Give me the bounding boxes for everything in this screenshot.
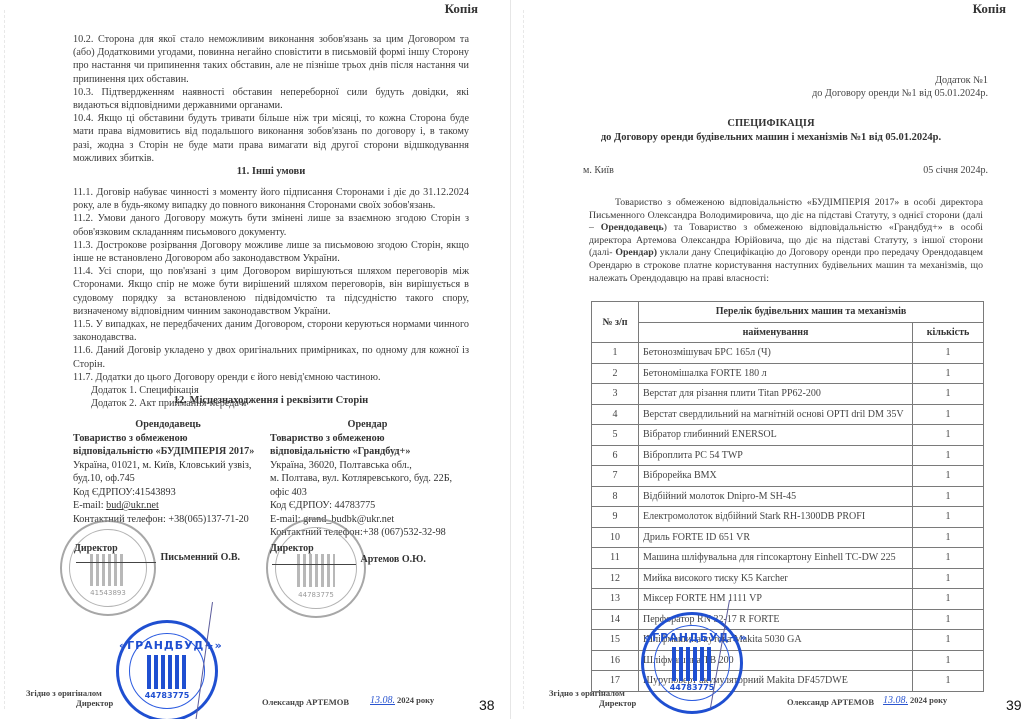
lessor-org-line2: відповідальністю «БУДІМПЕРІЯ 2017»: [73, 445, 263, 459]
page-38: Копія 10.2. Сторона для якої стало немож…: [0, 0, 511, 719]
signature-line: [272, 564, 356, 565]
force-majeure-clauses: 10.2. Сторона для якої стало неможливим …: [73, 33, 469, 165]
footer-director-label: Директор: [76, 698, 113, 708]
table-row: 4Верстат свердлильний на магнітній основ…: [592, 404, 984, 425]
lessee-org-line2: відповідальністю «Грандбуд+»: [270, 445, 465, 459]
lessee-role: Орендар: [270, 418, 465, 432]
page-number: 38: [479, 697, 495, 713]
lessor-details: Орендодавець Товариство з обмеженою відп…: [73, 418, 263, 526]
stamp-name: «ГРАНДБУД+»: [119, 639, 215, 652]
table-row: 12Мийка високого тиску K5 Karcher1: [592, 568, 984, 589]
section-11-title: 11. Інші умови: [73, 166, 469, 177]
row-number: 7: [592, 466, 639, 487]
row-number: 15: [592, 630, 639, 651]
intro-lessor: Орендодавець: [601, 222, 664, 233]
table-row: 5Вібратор глибинний ENERSOL1: [592, 425, 984, 446]
spec-title: СПЕЦИФІКАЦІЯ: [571, 117, 971, 131]
copy-mark: Копія: [445, 1, 478, 17]
other-terms-clauses: 11.1. Договір набуває чинності з моменту…: [73, 186, 469, 410]
footer-director-label: Директор: [599, 698, 636, 708]
lessor-address-1: Україна, 01021, м. Київ, Кловський узвіз…: [73, 459, 263, 473]
table-row: 9Електромолоток відбійний Stark RH-1300D…: [592, 507, 984, 528]
lessee-org-line1: Товариство з обмеженою: [270, 432, 465, 446]
col-no-header: № з/п: [592, 302, 639, 343]
scan-edge: [523, 10, 525, 709]
row-quantity: 1: [913, 425, 984, 446]
row-name: Вібратор глибинний ENERSOL: [639, 425, 913, 446]
city: м. Київ: [583, 165, 614, 176]
row-quantity: 1: [913, 466, 984, 487]
table-row: 10Дриль FORTE ID 651 VR1: [592, 527, 984, 548]
specification-title: СПЕЦИФІКАЦІЯ до Договору оренди будівель…: [571, 117, 971, 145]
clause-11-7: 11.7. Додатки до цього Договору оренди є…: [73, 371, 469, 384]
clause-10-4: 10.4. Якщо ці обставини будуть тривати б…: [73, 112, 469, 165]
clause-11-5: 11.5. У випадках, не передбачених даним …: [73, 318, 469, 344]
table-row: 13Міксер FORTE HM 1111 VP1: [592, 589, 984, 610]
row-number: 8: [592, 486, 639, 507]
row-number: 16: [592, 650, 639, 671]
lessor-email-label: E-mail:: [73, 500, 106, 511]
row-number: 6: [592, 445, 639, 466]
lessee-signature-row: Артемов О.Ю.: [270, 554, 426, 565]
table-row: 11Машина шліфувальна для гіпсокартону Ei…: [592, 548, 984, 569]
row-name: Віброрейка BMX: [639, 466, 913, 487]
spec-date: 05 січня 2024р.: [923, 165, 988, 176]
row-number: 11: [592, 548, 639, 569]
row-number: 13: [592, 589, 639, 610]
row-quantity: 1: [913, 404, 984, 425]
handwritten-date: 13.08.: [883, 695, 908, 706]
signature-line: [76, 562, 156, 563]
row-name: Міксер FORTE HM 1111 VP: [639, 589, 913, 610]
row-name: Бетономішалка FORTE 180 л: [639, 363, 913, 384]
row-quantity: 1: [913, 384, 984, 405]
copy-mark: Копія: [973, 1, 1006, 17]
row-name: Відбійний молоток Dnipro-M SH-45: [639, 486, 913, 507]
footer-signer: Олександр АРТЕМОВ: [262, 697, 349, 707]
row-number: 5: [592, 425, 639, 446]
handwritten-date: 13.08.: [370, 695, 395, 706]
table-row: 14Перфоратор RN 32-17 R FORTE1: [592, 609, 984, 630]
group-header: Перелік будівельних машин та механізмів: [639, 302, 984, 323]
footer-year: 2024 року: [910, 695, 947, 705]
row-quantity: 1: [913, 445, 984, 466]
section-12-title: 12. Місцезнаходження і реквізити Сторін: [73, 395, 469, 406]
clause-11-1: 11.1. Договір набуває чинності з моменту…: [73, 186, 469, 212]
row-name: Верстат свердлильний на магнітній основі…: [639, 404, 913, 425]
lessee-seal-stamp: 44783775: [266, 518, 366, 618]
table-row: 7Віброрейка BMX1: [592, 466, 984, 487]
table-row: 3Верстат для різання плити Titan PP62-20…: [592, 384, 984, 405]
addendum-contract-ref: до Договору оренди №1 від 05.01.2024р.: [812, 87, 988, 100]
stamp-name: «ГРАНДБУД+»: [644, 631, 740, 644]
row-name: Бетонозмішувач БРС 165л (Ч): [639, 343, 913, 364]
footer-date: 13.08.2024 року: [370, 695, 434, 706]
lessor-address-2: буд.10, оф.745: [73, 472, 263, 486]
lessee-address-2: м. Полтава, вул. Котляревського, буд. 22…: [270, 472, 465, 486]
footer-date: 13.08.2024 року: [883, 695, 947, 706]
row-quantity: 1: [913, 507, 984, 528]
clause-11-2: 11.2. Умови даного Договору можуть бути …: [73, 212, 469, 238]
row-number: 12: [592, 568, 639, 589]
certified-label: Згідно з оригіналом: [26, 688, 102, 698]
row-number: 1: [592, 343, 639, 364]
addendum-header: Додаток №1 до Договору оренди №1 від 05.…: [812, 74, 988, 100]
footer-year: 2024 року: [397, 695, 434, 705]
lessor-seal-stamp: 41543893: [60, 520, 156, 616]
clause-11-6: 11.6. Даний Договір укладено у двох ориг…: [73, 344, 469, 370]
row-name: Електромолоток відбійний Stark RH-1300DB…: [639, 507, 913, 528]
stamp-code: 44783775: [119, 691, 215, 700]
table-row: 2Бетономішалка FORTE 180 л1: [592, 363, 984, 384]
row-quantity: 1: [913, 609, 984, 630]
lessor-email-row: E-mail: bud@ukr.net: [73, 499, 263, 513]
row-number: 9: [592, 507, 639, 528]
clause-10-2: 10.2. Сторона для якої стало неможливим …: [73, 33, 469, 86]
stamp-code: 44783775: [644, 683, 740, 692]
row-number: 3: [592, 384, 639, 405]
lessor-director-name: Письменний О.В.: [161, 552, 241, 563]
row-number: 10: [592, 527, 639, 548]
intro-lessee: Орендар): [615, 247, 657, 258]
row-name: Мийка високого тиску K5 Karcher: [639, 568, 913, 589]
row-number: 14: [592, 609, 639, 630]
row-quantity: 1: [913, 343, 984, 364]
stamp-emblem: [672, 647, 712, 681]
lessee-address-1: Україна, 36020, Полтавська обл.,: [270, 459, 465, 473]
certified-label: Згідно з оригіналом: [549, 688, 625, 698]
lessor-email-link[interactable]: bud@ukr.net: [106, 500, 159, 511]
footer-signer: Олександр АРТЕМОВ: [787, 697, 874, 707]
row-quantity: 1: [913, 527, 984, 548]
seal-code: 44783775: [268, 591, 364, 599]
clause-11-4: 11.4. Усі спори, що пов'язані з цим Дого…: [73, 265, 469, 318]
lessee-address-3: офіс 403: [270, 486, 465, 500]
table-row: 6Віброплита PC 54 TWP1: [592, 445, 984, 466]
row-quantity: 1: [913, 671, 984, 692]
clause-11-3: 11.3. Дострокове розірвання Договору мож…: [73, 239, 469, 265]
row-number: 4: [592, 404, 639, 425]
row-quantity: 1: [913, 568, 984, 589]
lessor-role: Орендодавець: [73, 418, 263, 432]
lessee-director-name: Артемов О.Ю.: [361, 554, 426, 565]
col-name-header: найменування: [639, 322, 913, 343]
row-quantity: 1: [913, 589, 984, 610]
page-39: Копія Додаток №1 до Договору оренди №1 в…: [511, 0, 1024, 719]
row-quantity: 1: [913, 548, 984, 569]
lessee-code: Код ЄДРПОУ: 44783775: [270, 499, 465, 513]
row-name: Машина шліфувальна для гіпсокартону Einh…: [639, 548, 913, 569]
row-quantity: 1: [913, 630, 984, 651]
row-quantity: 1: [913, 486, 984, 507]
lessee-director-label: Директор: [270, 543, 314, 554]
addendum-number: Додаток №1: [812, 74, 988, 87]
lessor-code: Код ЄДРПОУ:41543893: [73, 486, 263, 500]
row-name: Дриль FORTE ID 651 VR: [639, 527, 913, 548]
col-qty-header: кількість: [913, 322, 984, 343]
stamp-emblem: [147, 655, 187, 689]
spec-subtitle: до Договору оренди будівельних машин і м…: [571, 131, 971, 145]
table-row: 1Бетонозмішувач БРС 165л (Ч)1: [592, 343, 984, 364]
seal-code: 41543893: [62, 589, 154, 597]
row-number: 2: [592, 363, 639, 384]
table-row: 8Відбійний молоток Dnipro-M SH-451: [592, 486, 984, 507]
clause-10-3: 10.3. Підтвердженням наявності обставин …: [73, 86, 469, 112]
row-name: Верстат для різання плити Titan PP62-200: [639, 384, 913, 405]
scan-edge: [4, 10, 6, 709]
page-number: 39: [1006, 697, 1022, 713]
row-quantity: 1: [913, 363, 984, 384]
lessor-org-line1: Товариство з обмеженою: [73, 432, 263, 446]
spec-intro: Товариство з обмеженою відповідальністю …: [589, 197, 983, 285]
row-name: Віброплита PC 54 TWP: [639, 445, 913, 466]
lessor-signature-row: Письменний О.В.: [74, 552, 240, 563]
row-quantity: 1: [913, 650, 984, 671]
grandbud-blue-stamp: «ГРАНДБУД+» 44783775: [641, 612, 743, 714]
